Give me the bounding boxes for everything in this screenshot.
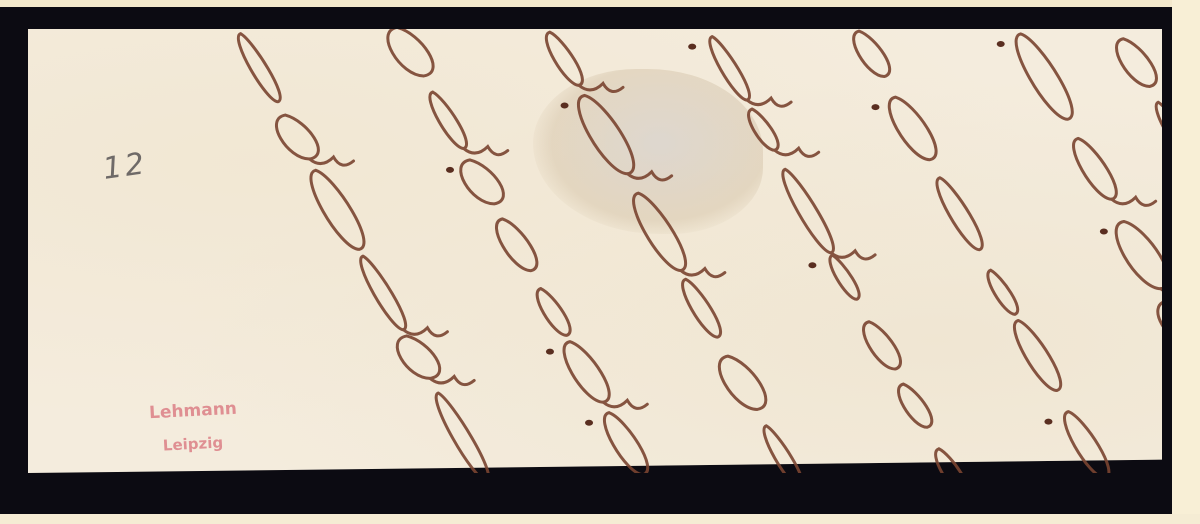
background-strip-right: [1172, 0, 1200, 524]
handwriting-strokes: [28, 29, 1162, 473]
background-strip-bottom: [0, 514, 1200, 524]
